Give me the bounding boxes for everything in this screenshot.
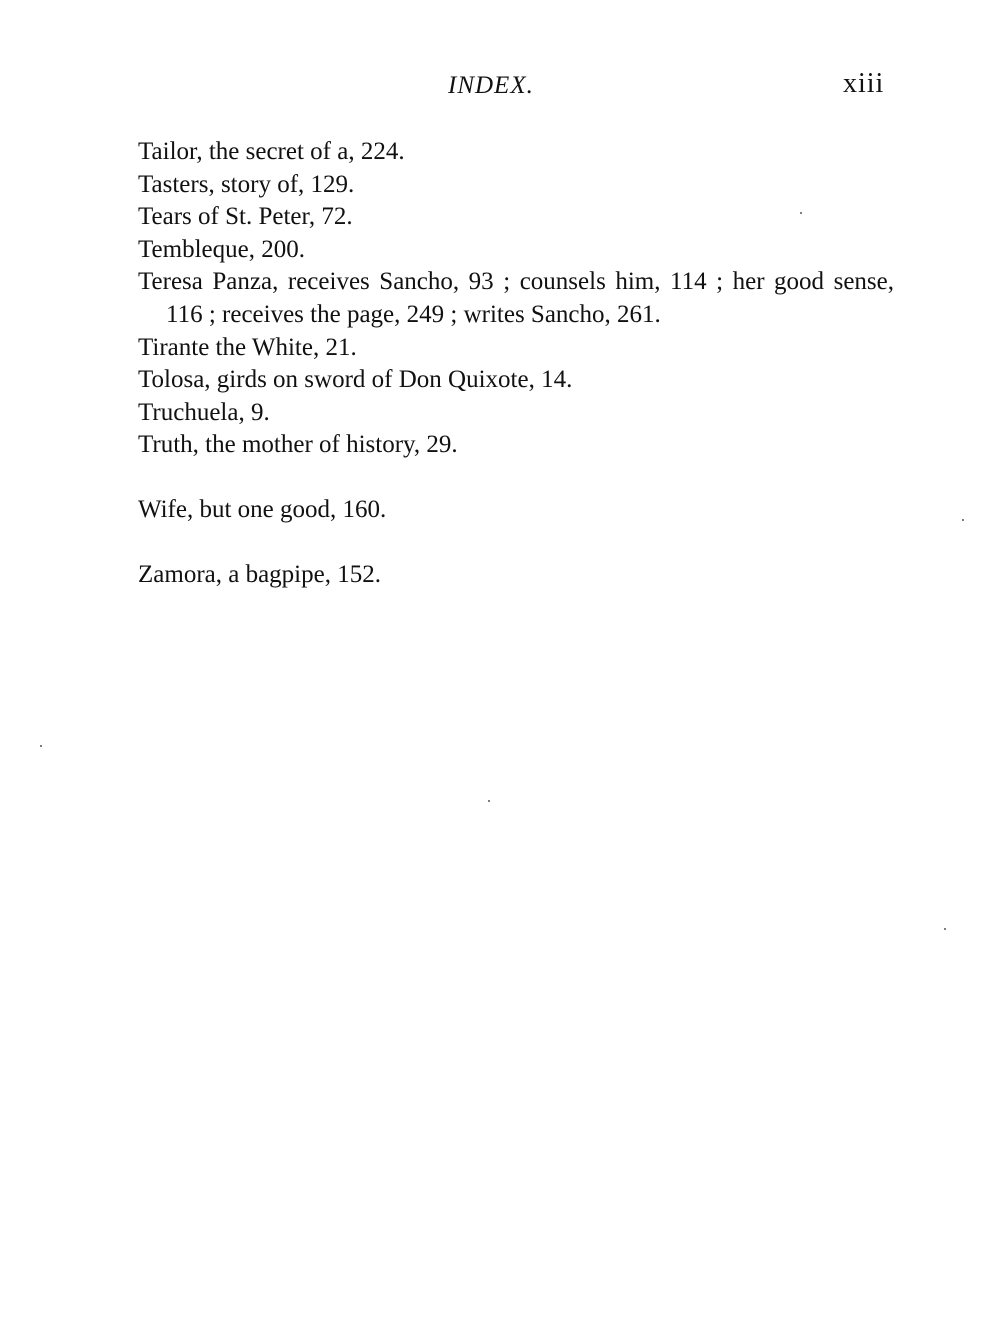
scan-speck	[800, 212, 802, 214]
index-entry: Tolosa, girds on sword of Don Quixote, 1…	[138, 364, 894, 397]
index-entry: Truth, the mother of history, 29.	[138, 429, 894, 462]
index-entry: Tirante the White, 21.	[138, 332, 894, 365]
section-gap	[138, 462, 894, 494]
index-entry: Teresa Panza, receives Sancho, 93 ; coun…	[138, 266, 894, 331]
index-entry: Tears of St. Peter, 72.	[138, 201, 894, 234]
index-entry: Tailor, the secret of a, 224.	[138, 136, 894, 169]
index-entry: Tembleque, 200.	[138, 234, 894, 267]
running-header-title: INDEX.	[448, 72, 534, 100]
index-entries: Tailor, the secret of a, 224. Tasters, s…	[138, 136, 894, 591]
index-entry: Zamora, a bagpipe, 152.	[138, 559, 894, 592]
scan-speck	[962, 519, 964, 521]
index-entry: Wife, but one good, 160.	[138, 494, 894, 527]
scan-speck	[488, 800, 490, 802]
scan-speck	[40, 745, 42, 747]
index-entry: Tasters, story of, 129.	[138, 169, 894, 202]
index-entry: Truchuela, 9.	[138, 397, 894, 430]
page-number: xiii	[843, 68, 884, 100]
scan-speck	[944, 928, 946, 930]
section-gap	[138, 527, 894, 559]
